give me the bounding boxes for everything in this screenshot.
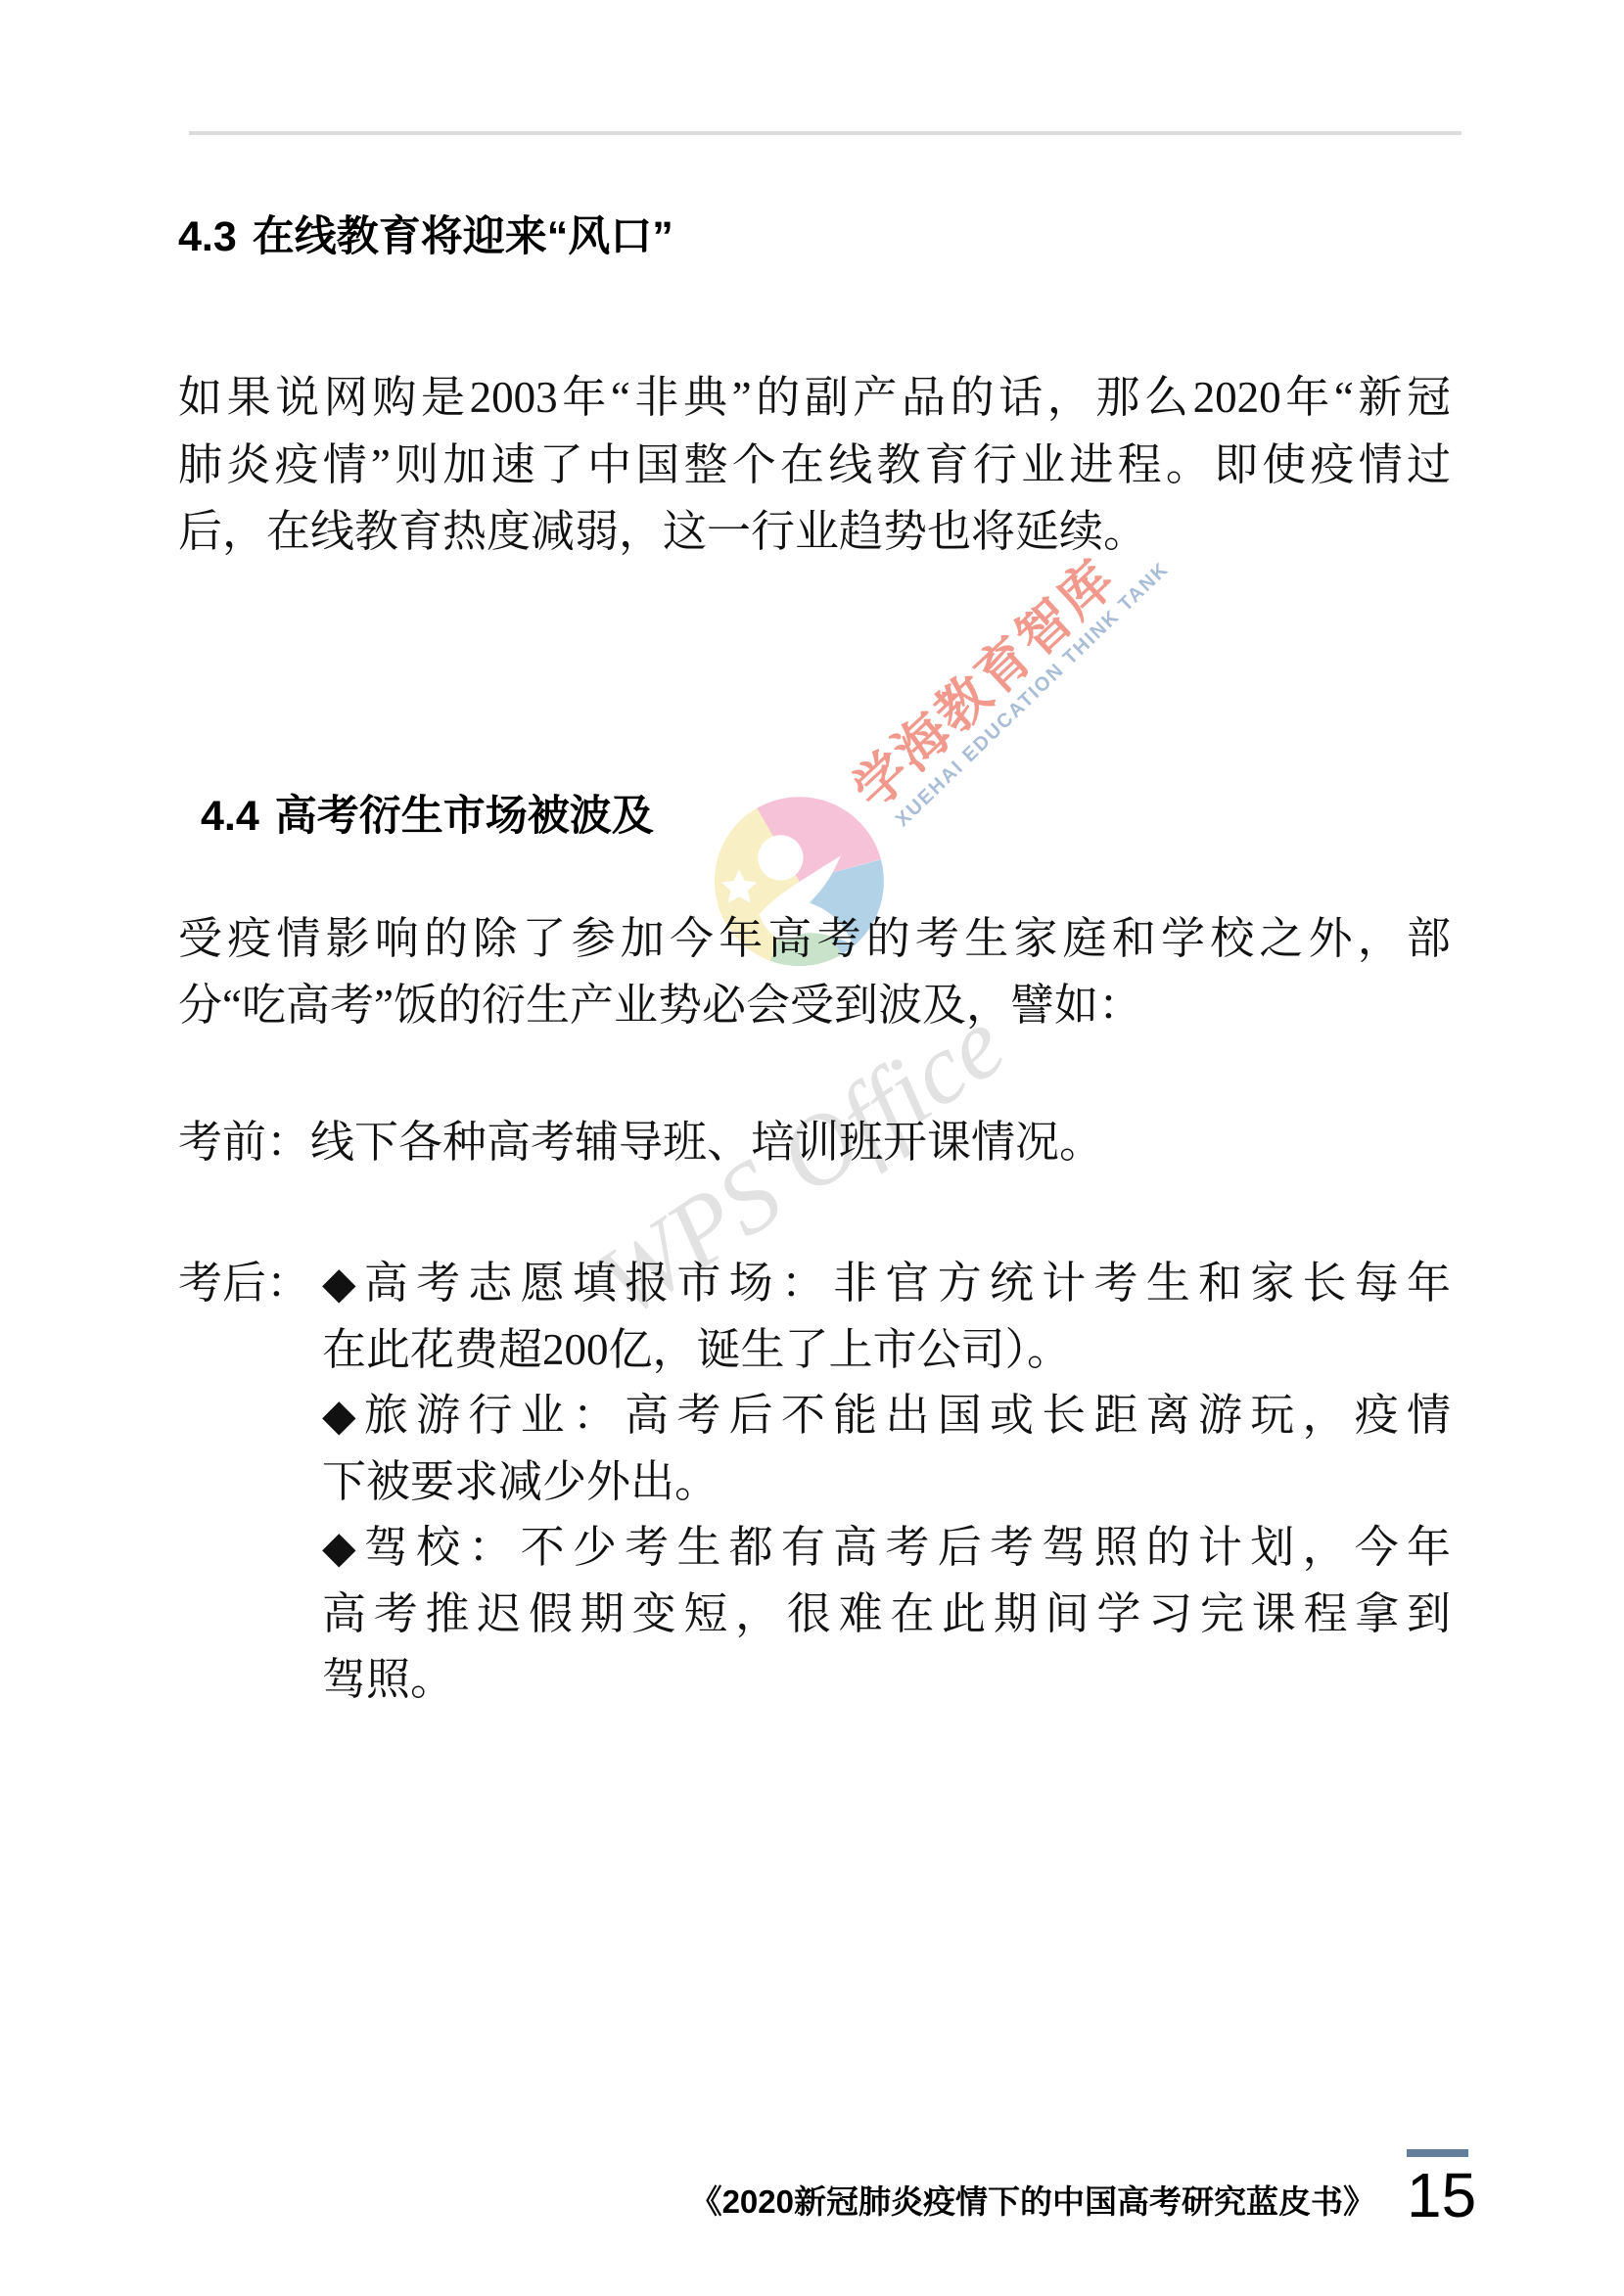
footer-page-bar bbox=[1407, 2149, 1468, 2157]
paragraph-line: 分“吃高考”饭的衍生产业势必会受到波及，譬如： bbox=[178, 972, 1451, 1038]
list-line: ◆驾校：不少考生都有高考后考驾照的计划，今年 bbox=[322, 1515, 1451, 1582]
footer-page-number: 15 bbox=[1407, 2161, 1476, 2229]
list-line: 高考推迟假期变短，很难在此期间学习完课程拿到 bbox=[322, 1582, 1451, 1648]
section-4-4-title: 高考衍生市场被波及 bbox=[275, 793, 654, 840]
watermark-chinese-text: 学海教育智库 bbox=[834, 544, 1125, 822]
paragraph-line: 后，在线教育热度减弱，这一行业趋势也将延续。 bbox=[178, 498, 1451, 566]
paragraph-line: 肺炎疫情”则加速了中国整个在线教育行业进程。即使疫情过 bbox=[178, 432, 1451, 499]
footer-book-title: 《2020新冠肺炎疫情下的中国高考研究蓝皮书》 bbox=[690, 2177, 1375, 2223]
list-line: ◆旅游行业：高考后不能出国或长距离游玩，疫情 bbox=[322, 1383, 1451, 1449]
paragraph-line: 考前：线下各种高考辅导班、培训班开课情况。 bbox=[178, 1109, 1451, 1176]
list-line: 驾照。 bbox=[322, 1647, 1451, 1714]
section-4-3-heading: 4.3在线教育将迎来“风口” bbox=[178, 204, 673, 263]
list-line: ◆高考志愿填报市场：非官方统计考生和家长每年 bbox=[322, 1251, 1451, 1317]
paragraph-line: 如果说网购是2003年“非典”的副产品的话，那么2020年“新冠 bbox=[178, 364, 1451, 432]
paragraph-line: 受疫情影响的除了参加今年高考的考生家庭和学校之外，部 bbox=[178, 905, 1451, 972]
list-line: 在此花费超200亿，诞生了上市公司）。 bbox=[322, 1317, 1451, 1384]
document-page: 学海教育智库 XUEHAI EDUCATION THINK TANK WPS O… bbox=[0, 0, 1624, 2296]
paragraph-4-4: 受疫情影响的除了参加今年高考的考生家庭和学校之外，部 分“吃高考”饭的衍生产业势… bbox=[178, 905, 1451, 1038]
section-4-4-number: 4.4 bbox=[201, 793, 259, 840]
pre-exam-line: 考前：线下各种高考辅导班、培训班开课情况。 bbox=[178, 1109, 1451, 1176]
post-exam-label: 考后： bbox=[178, 1251, 310, 1317]
post-exam-list: ◆高考志愿填报市场：非官方统计考生和家长每年 在此花费超200亿，诞生了上市公司… bbox=[322, 1251, 1451, 1714]
section-4-3-title: 在线教育将迎来“风口” bbox=[253, 213, 673, 260]
paragraph-4-3: 如果说网购是2003年“非典”的副产品的话，那么2020年“新冠 肺炎疫情”则加… bbox=[178, 364, 1451, 566]
section-4-3-number: 4.3 bbox=[178, 213, 237, 260]
top-divider bbox=[189, 131, 1462, 135]
section-4-4-heading: 4.4高考衍生市场被波及 bbox=[201, 783, 654, 843]
list-line: 下被要求减少外出。 bbox=[322, 1449, 1451, 1516]
